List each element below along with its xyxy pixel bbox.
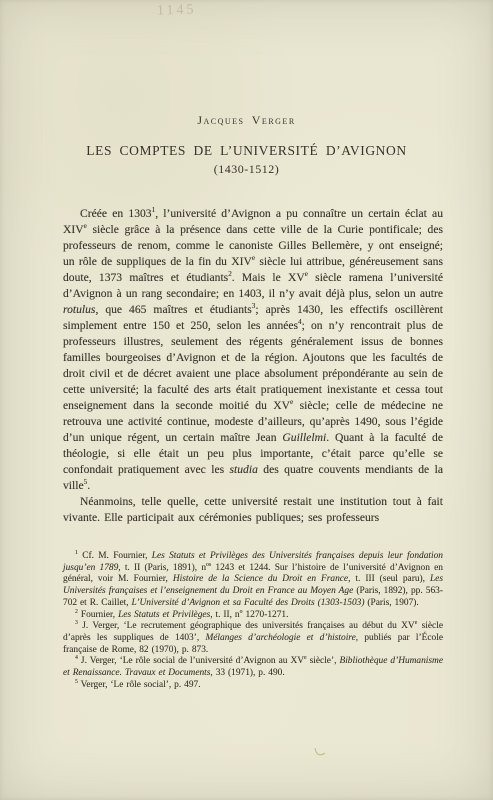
- text-run: (Paris, 1907).: [364, 598, 418, 608]
- italic-text: studia: [230, 463, 258, 476]
- italic-text: Guillelmi: [282, 431, 326, 444]
- italic-text: Histoire de la Science du Droit en Franc…: [173, 574, 348, 584]
- footnote: 3 J. Verger, ‘Le recrutement géographiqu…: [63, 621, 443, 656]
- text-run: J. Verger, ‘Le recrutement géographique …: [78, 621, 415, 631]
- text-run: Créée en 1303: [80, 207, 152, 220]
- article-subtitle: (1430-1512): [0, 162, 493, 177]
- footnote: 2 Fournier, Les Statuts et Privilèges, t…: [63, 610, 443, 622]
- footnotes: 1 Cf. M. Fournier, Les Statuts et Privil…: [63, 551, 443, 691]
- text-run: 1270-1271.: [243, 610, 289, 620]
- text-run: . Mais le XV: [232, 271, 305, 284]
- italic-text: L’Université d’Avignon et sa Faculté des…: [132, 598, 365, 608]
- text-run: siècle’,: [307, 656, 340, 666]
- footnote: 5 Verger, ‘Le rôle social’, p. 497.: [63, 680, 443, 692]
- scanned-page: 1145 Jacques Verger LES COMPTES DE L’UNI…: [0, 0, 493, 800]
- italic-text: Mélanges d’archéologie et d’histoire: [205, 633, 355, 643]
- italic-text: Les Statuts et Privilèges: [118, 610, 210, 620]
- article-title: LES COMPTES DE L’UNIVERSITÉ D’AVIGNON: [0, 143, 493, 159]
- text-run: Fournier,: [78, 610, 118, 620]
- text-run: J. Verger, ‘Le rôle social de l’universi…: [78, 656, 304, 666]
- text-run: Néanmoins, telle quelle, cette universit…: [63, 495, 443, 524]
- article-body: Créée en 13031, l’université d’Avignon a…: [63, 206, 443, 526]
- text-run: , 33 (1971), p. 490.: [210, 668, 284, 678]
- text-run: Cf. M. Fournier,: [78, 551, 152, 561]
- pencil-stroke-mark: [313, 747, 329, 761]
- text-run: , t. II, n: [210, 610, 239, 620]
- text-run: , t. II (Paris, 1891), n: [118, 563, 206, 573]
- text-run: .: [87, 479, 90, 492]
- body-paragraph: Néanmoins, telle quelle, cette universit…: [63, 494, 443, 526]
- italic-text: rotulus: [63, 303, 95, 316]
- text-run: , que 465 maîtres et étudiants: [95, 303, 251, 316]
- body-paragraph: Créée en 13031, l’université d’Avignon a…: [63, 206, 443, 494]
- author-name: Jacques Verger: [0, 113, 493, 128]
- text-run: Verger, ‘Le rôle social’, p. 497.: [78, 680, 201, 690]
- text-run: , t. III (seul paru),: [348, 574, 430, 584]
- footnote: 1 Cf. M. Fournier, Les Statuts et Privil…: [63, 551, 443, 610]
- footnote: 4 J. Verger, ‘Le rôle social de l’univer…: [63, 656, 443, 679]
- pencil-annotation: 1145: [157, 2, 197, 19]
